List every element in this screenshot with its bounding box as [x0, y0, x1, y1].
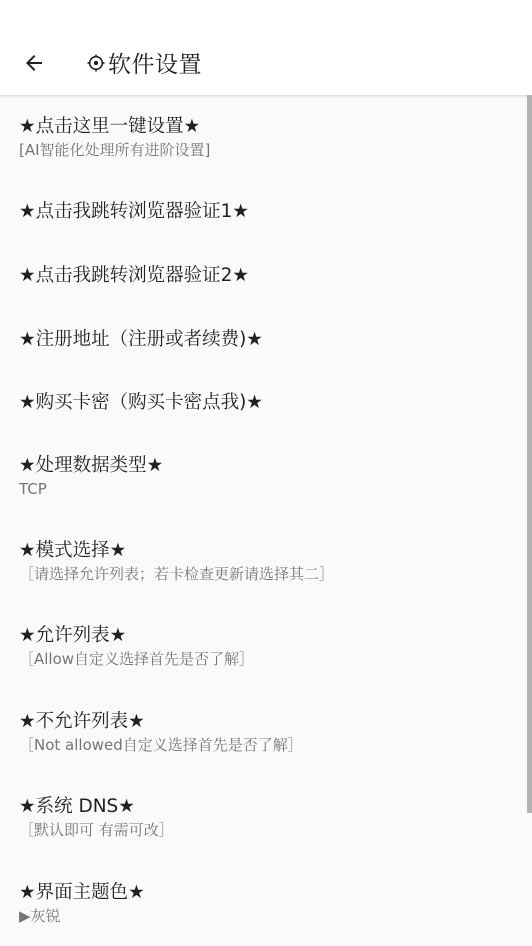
- back-button[interactable]: [2, 35, 66, 91]
- toolbar: 软件设置: [0, 30, 532, 95]
- pref-buy-card-key[interactable]: ★购买卡密（购买卡密点我)★: [0, 380, 532, 443]
- pref-title: ★注册地址（注册或者续费)★: [19, 328, 512, 352]
- pref-browser-verify-1[interactable]: ★点击我跳转浏览器验证1★: [0, 190, 532, 253]
- pref-one-click-setup[interactable]: ★点击这里一键设置★ [AI智能化处理所有进阶设置]: [0, 95, 532, 190]
- preference-list: ★点击这里一键设置★ [AI智能化处理所有进阶设置] ★点击我跳转浏览器验证1★…: [0, 95, 532, 946]
- pref-summary: ▶灰锐: [19, 906, 512, 926]
- pref-summary: ［请选择允许列表；若卡检查更新请选择其二］: [19, 564, 512, 584]
- arrow-left-icon: [22, 51, 46, 75]
- pref-data-type[interactable]: ★处理数据类型★ TCP: [0, 443, 532, 529]
- settings-screen: 软件设置 ★点击这里一键设置★ [AI智能化处理所有进阶设置] ★点击我跳转浏览…: [0, 0, 532, 946]
- pref-title: ★处理数据类型★: [19, 454, 512, 478]
- pref-theme-color[interactable]: ★界面主题色★ ▶灰锐: [0, 871, 532, 946]
- scrollbar-thumb[interactable]: [527, 95, 532, 813]
- pref-mode-select[interactable]: ★模式选择★ ［请选择允许列表；若卡检查更新请选择其二］: [0, 529, 532, 614]
- pref-title: ★点击我跳转浏览器验证1★: [19, 200, 512, 224]
- pref-title: ★不允许列表★: [19, 710, 512, 734]
- pref-summary: TCP: [19, 479, 512, 499]
- pref-summary: [AI智能化处理所有进阶设置]: [19, 140, 512, 160]
- pref-title: ★允许列表★: [19, 624, 512, 648]
- pref-summary: ［Allow自定义选择首先是否了解］: [19, 649, 512, 669]
- status-bar: [0, 0, 532, 30]
- pref-title: ★界面主题色★: [19, 881, 512, 905]
- pref-title: ★模式选择★: [19, 539, 512, 563]
- page-title-text: 软件设置: [108, 46, 202, 79]
- pref-allow-list[interactable]: ★允许列表★ ［Allow自定义选择首先是否了解］: [0, 614, 532, 700]
- gear-icon: [86, 53, 106, 73]
- pref-disallow-list[interactable]: ★不允许列表★ ［Not allowed自定义选择首先是否了解］: [0, 700, 532, 785]
- pref-title: ★点击这里一键设置★: [19, 115, 512, 139]
- pref-register-address[interactable]: ★注册地址（注册或者续费)★: [0, 316, 532, 380]
- pref-browser-verify-2[interactable]: ★点击我跳转浏览器验证2★: [0, 253, 532, 316]
- page-title: 软件设置: [86, 46, 202, 79]
- pref-summary: ［Not allowed自定义选择首先是否了解］: [19, 735, 512, 755]
- pref-summary: ［默认即可 有需可改］: [19, 820, 512, 840]
- pref-title: ★系统 DNS★: [19, 795, 512, 819]
- pref-title: ★购买卡密（购买卡密点我)★: [19, 391, 512, 415]
- pref-title: ★点击我跳转浏览器验证2★: [19, 264, 512, 288]
- pref-system-dns[interactable]: ★系统 DNS★ ［默认即可 有需可改］: [0, 785, 532, 871]
